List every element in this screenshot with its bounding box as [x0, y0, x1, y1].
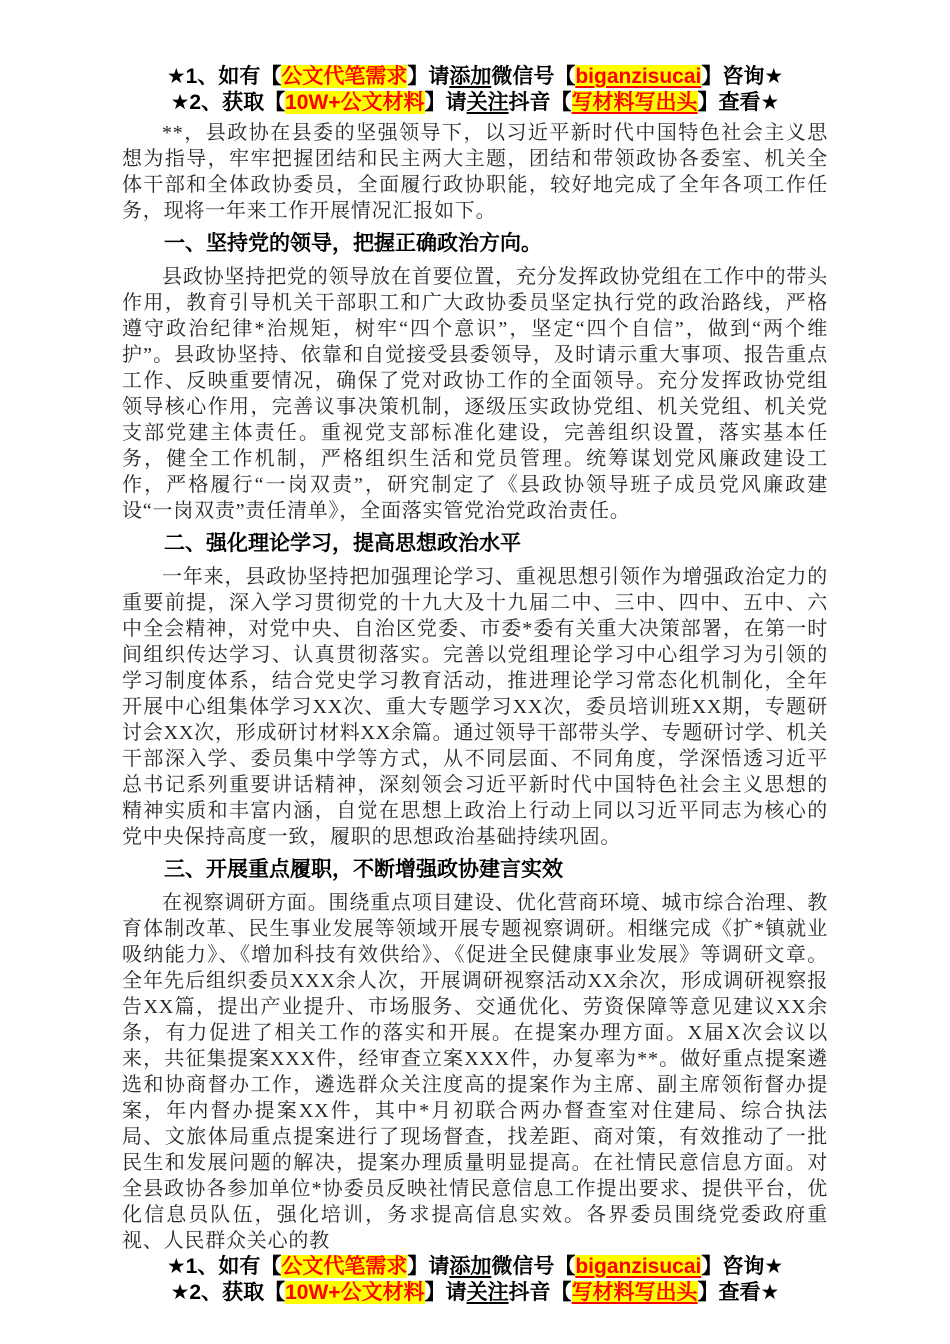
- promo-segment: 】请: [425, 1281, 467, 1304]
- promo-segment: 】请: [407, 65, 449, 88]
- promo-segment: ★1、如有【: [167, 1255, 282, 1278]
- promo-segment: 10W+公文材料: [285, 1281, 424, 1304]
- promo-line-2: ★2、获取【10W+公文材料】请关注抖音【写材料写出头】查看★: [122, 90, 828, 116]
- promo-segment: 添加: [449, 1255, 491, 1278]
- section-heading-3: 三、开展重点履职，不断增强政协建言实效: [122, 857, 828, 883]
- promo-line-2: ★2、获取【10W+公文材料】请关注抖音【写材料写出头】查看★: [122, 1280, 828, 1306]
- promo-segment: 】请: [407, 1255, 449, 1278]
- promo-segment: 关注: [467, 91, 509, 114]
- section-heading-2: 二、强化理论学习，提高思想政治水平: [122, 531, 828, 557]
- section-2-paragraph: 一年来，县政协坚持把加强理论学习、重视思想引领作为增强政治定力的重要前提，深入学…: [122, 564, 828, 850]
- promo-segment: 】查看★: [698, 1281, 780, 1304]
- document-body: **，县政协在县委的坚强领导下，以习近平新时代中国特色社会主义思想为指导，牢牢把…: [122, 120, 828, 1254]
- promo-segment: biganzisucai: [575, 65, 701, 88]
- promo-line-1: ★1、如有【公文代笔需求】请添加微信号【biganzisucai】咨询★: [122, 64, 828, 90]
- promo-segment: 公文代笔需求: [281, 65, 407, 88]
- promo-banner-top: ★1、如有【公文代笔需求】请添加微信号【biganzisucai】咨询★★2、获…: [122, 64, 828, 116]
- promo-line-1: ★1、如有【公文代笔需求】请添加微信号【biganzisucai】咨询★: [122, 1254, 828, 1280]
- promo-segment: 关注: [467, 1281, 509, 1304]
- section-3-paragraph: 在视察调研方面。围绕重点项目建设、优化营商环境、城市综合治理、教育体制改革、民生…: [122, 890, 828, 1254]
- promo-segment: ★2、获取【: [171, 1281, 286, 1304]
- promo-segment: 】查看★: [698, 91, 780, 114]
- promo-segment: 写材料写出头: [572, 91, 698, 114]
- promo-segment: 微信号【: [491, 1255, 575, 1278]
- promo-segment: 公文代笔需求: [281, 1255, 407, 1278]
- promo-segment: 10W+公文材料: [285, 91, 424, 114]
- promo-segment: ★1、如有【: [167, 65, 282, 88]
- promo-segment: 】咨询★: [701, 65, 783, 88]
- promo-segment: 写材料写出头: [572, 1281, 698, 1304]
- promo-segment: 】咨询★: [701, 1255, 783, 1278]
- promo-segment: 微信号【: [491, 65, 575, 88]
- promo-segment: biganzisucai: [575, 1255, 701, 1278]
- section-1-paragraph: 县政协坚持把党的领导放在首要位置，充分发挥政协党组在工作中的带头作用，教育引导机…: [122, 264, 828, 524]
- promo-segment: 抖音【: [509, 91, 572, 114]
- document-page: ★1、如有【公文代笔需求】请添加微信号【biganzisucai】咨询★★2、获…: [0, 0, 950, 1344]
- section-heading-1: 一、坚持党的领导，把握正确政治方向。: [122, 231, 828, 257]
- promo-segment: 】请: [425, 91, 467, 114]
- promo-segment: 添加: [449, 65, 491, 88]
- promo-segment: ★2、获取【: [171, 91, 286, 114]
- promo-banner-bottom: ★1、如有【公文代笔需求】请添加微信号【biganzisucai】咨询★★2、获…: [122, 1254, 828, 1306]
- intro-paragraph: **，县政协在县委的坚强领导下，以习近平新时代中国特色社会主义思想为指导，牢牢把…: [122, 120, 828, 224]
- promo-segment: 抖音【: [509, 1281, 572, 1304]
